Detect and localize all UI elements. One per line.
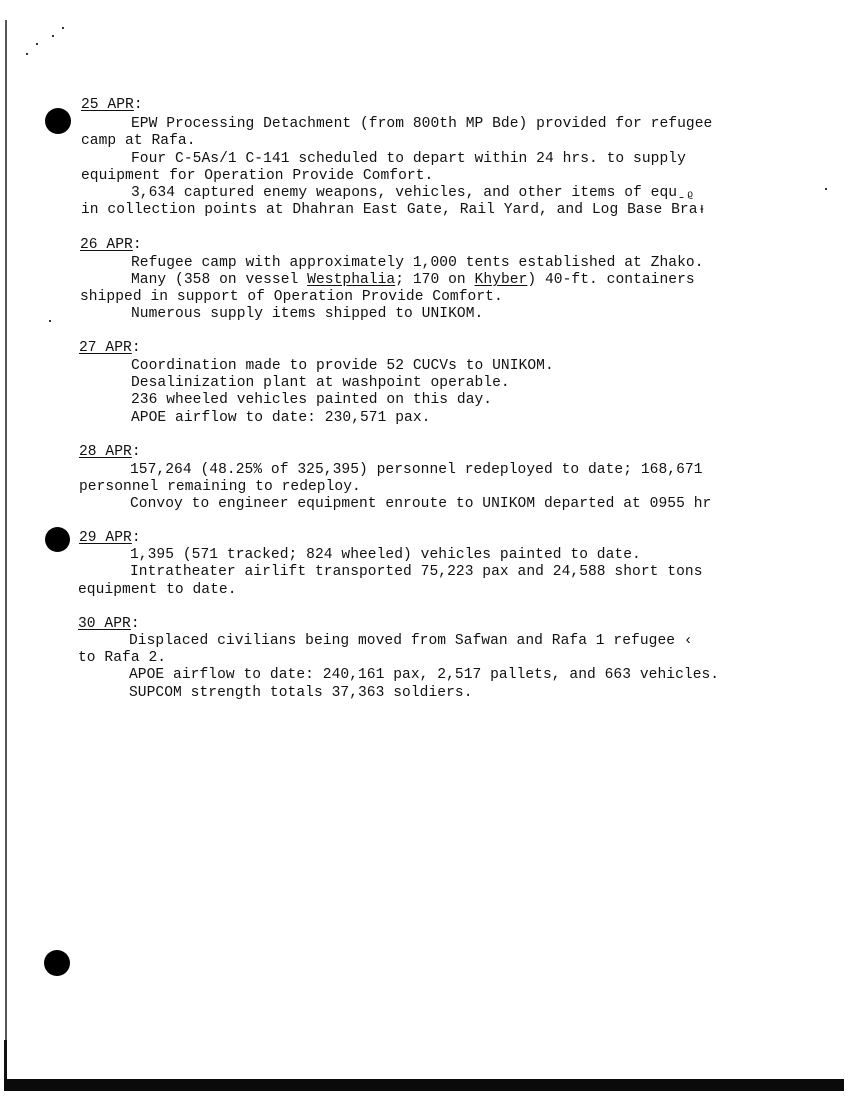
entry-line: Many (358 on vessel Westphalia; 170 on K… [131,272,695,289]
scan-speck [62,27,64,29]
date-heading-28-apr: 28 APR: [79,444,141,461]
binder-hole-top [45,108,71,134]
entry-line: 157,264 (48.25% of 325,395) personnel re… [130,462,703,479]
date-label: 26 APR [80,237,133,253]
date-label: 30 APR [78,616,131,632]
date-label: 29 APR [79,530,132,546]
entry-line: Intratheater airlift transported 75,223 … [130,564,703,581]
entry-line: 3,634 captured enemy weapons, vehicles, … [131,185,695,202]
entry-line: personnel remaining to redeploy. [79,479,361,496]
date-label: 27 APR [79,340,132,356]
page-bottom-edge-shadow [4,1079,844,1091]
entry-line: Numerous supply items shipped to UNIKOM. [131,306,483,323]
colon: : [131,616,140,632]
entry-line: Convoy to engineer equipment enroute to … [130,496,711,513]
date-heading-27-apr: 27 APR: [79,340,141,357]
entry-line: shipped in support of Operation Provide … [80,289,503,306]
page-left-edge [5,20,7,1080]
scan-speck [49,320,51,322]
colon: : [132,444,141,460]
text-segment: Many (358 on vessel [131,272,307,288]
date-heading-29-apr: 29 APR: [79,530,141,547]
date-heading-25-apr: 25 APR: [81,97,143,114]
entry-line: Desalinization plant at washpoint operab… [131,375,510,392]
scanned-page: 25 APR: EPW Processing Detachment (from … [0,0,850,1097]
entry-line: Four C-5As/1 C-141 scheduled to depart w… [131,151,686,168]
entry-line: equipment for Operation Provide Comfort. [81,168,433,185]
colon: : [133,237,142,253]
binder-hole-bottom [44,950,70,976]
text-segment: ; 170 on [395,272,474,288]
entry-line: in collection points at Dhahran East Gat… [81,202,706,219]
binder-hole-middle [45,527,70,552]
scan-speck [36,43,38,45]
scan-speck [26,53,28,55]
entry-line: equipment to date. [78,582,237,599]
entry-line: APOE airflow to date: 230,571 pax. [131,410,430,427]
entry-line: APOE airflow to date: 240,161 pax, 2,517… [129,667,719,684]
vessel-name: Khyber [475,272,528,288]
entry-line: camp at Rafa. [81,133,196,150]
date-label: 28 APR [79,444,132,460]
entry-line: Coordination made to provide 52 CUCVs to… [131,358,554,375]
entry-line: SUPCOM strength totals 37,363 soldiers. [129,685,473,702]
entry-line: 236 wheeled vehicles painted on this day… [131,392,492,409]
date-label: 25 APR [81,97,134,113]
colon: : [132,340,141,356]
vessel-name: Westphalia [307,272,395,288]
text-segment: ) 40-ft. containers [527,272,694,288]
entry-line: Refugee camp with approximately 1,000 te… [131,255,704,272]
colon: : [132,530,141,546]
scan-speck [52,35,54,37]
page-left-edge-shadow [4,1040,7,1084]
entry-line: Displaced civilians being moved from Saf… [129,633,693,650]
entry-line: EPW Processing Detachment (from 800th MP… [131,116,712,133]
entry-line: 1,395 (571 tracked; 824 wheeled) vehicle… [130,547,641,564]
scan-speck [825,188,827,190]
colon: : [134,97,143,113]
date-heading-26-apr: 26 APR: [80,237,142,254]
entry-line: to Rafa 2. [78,650,166,667]
date-heading-30-apr: 30 APR: [78,616,140,633]
